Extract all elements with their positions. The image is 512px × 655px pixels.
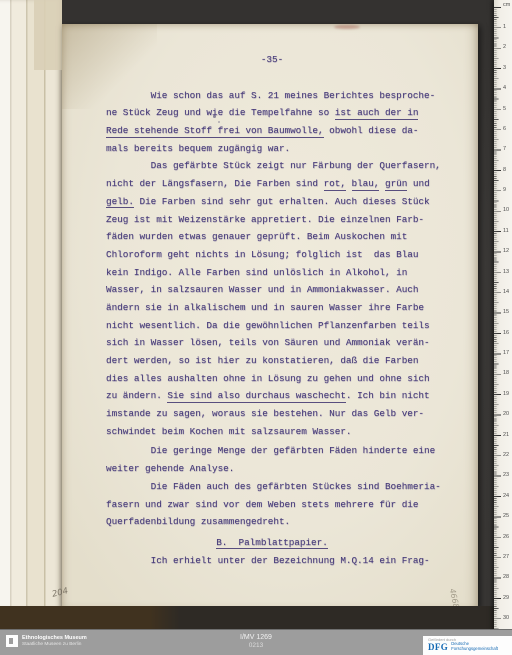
dfg-name: Deutsche Forschungsgemeinschaft (451, 642, 498, 652)
measurement-ruler: cm12345678910111213141516171819202122232… (494, 0, 512, 632)
dfg-logo: DFG (428, 642, 448, 652)
paper-stain (334, 25, 360, 29)
text-line: ne Stück Zeug und wie die Tempelfahne so… (106, 104, 438, 122)
ruler-label: 9 (503, 187, 506, 193)
text-segment: Wie schon das auf S. 21 meines Berichtes… (106, 90, 435, 101)
museum-title: Ethnologisches Museum (22, 635, 87, 642)
text-segment: . Ich bin nicht (346, 390, 430, 401)
ruler-label: 27 (503, 554, 509, 560)
text-line: Querfadenbildung zusammengedreht. (106, 513, 438, 531)
ruler-label: 3 (503, 65, 506, 71)
text-segment: und (407, 178, 429, 189)
text-line: Die Fäden auch des gefärbten Stückes sin… (106, 478, 438, 496)
scan-number: 0213 (240, 642, 272, 650)
text-segment: Zeug ist mit Weizenstärke appretiert. Di… (106, 214, 424, 225)
text-line: dert werden, so ist hier zu konstatieren… (106, 352, 438, 370)
ruler-label: 14 (503, 289, 509, 295)
underlined-text: ist auch der in (335, 107, 419, 120)
ruler-label: 16 (503, 330, 509, 336)
text-segment: sich in Wasser lösen, teils von Säuren u… (106, 337, 430, 348)
museum-stamp: Ethnologisches Museum Staatliche Museen … (6, 635, 87, 648)
text-segment: kein Indigo. Alle Farben sind unlöslich … (106, 267, 407, 278)
text-line: dies alles aushalten ohne in Lösung zu g… (106, 370, 438, 388)
ruler-label: 4 (503, 85, 506, 91)
document-page: -35- Wie schon das auf S. 21 meines Beri… (62, 24, 478, 608)
ruler-label: 15 (503, 309, 509, 315)
text-segment: fäden wurden etwas genauer geprüft. Beim… (106, 231, 407, 242)
ruler-label: 5 (503, 106, 506, 112)
ruler-label: 25 (503, 513, 509, 519)
paragraph-4: Die Fäden auch des gefärbten Stückes sin… (106, 478, 438, 531)
text-line: Wie schon das auf S. 21 meines Berichtes… (106, 87, 438, 105)
text-line: sich in Wasser lösen, teils von Säuren u… (106, 334, 438, 352)
text-line: B. Palmblattpapier. (106, 534, 438, 552)
text-line: Zeug ist mit Weizenstärke appretiert. Di… (106, 211, 438, 229)
underlined-text: grün (385, 178, 407, 191)
text-segment: Wasser, in salzsauren Wasser und in Ammo… (106, 284, 418, 295)
text-segment: mals bereits bequem zugängig war. (106, 143, 290, 154)
text-segment: Die geringe Menge der gefärbten Fäden hi… (106, 445, 435, 456)
ruler-label: 20 (503, 411, 509, 417)
text-line: Rede stehende Stoff frei von Baumwolle, … (106, 122, 438, 140)
museum-stamp-text: Ethnologisches Museum Staatliche Museen … (22, 635, 87, 648)
text-line: zu ändern. Sie sind also durchaus wasche… (106, 387, 438, 405)
paragraph-2: Das gefärbte Stück zeigt nur Färbung der… (106, 157, 438, 440)
underlined-text: blau, (352, 178, 380, 191)
dfg-name-line2: Forschungsgemeinschaft (451, 646, 498, 651)
text-line: fäden wurden etwas genauer geprüft. Beim… (106, 228, 438, 246)
underlying-page-corner (34, 0, 62, 70)
text-line: nicht wesentlich. Da die gewöhnlichen Pf… (106, 317, 438, 335)
text-line: schwindet beim Kochen mit salzsaurem Was… (106, 423, 438, 441)
ruler-label: 12 (503, 248, 509, 254)
ruler-label: 6 (503, 126, 506, 132)
text-segment: Die Fäden auch des gefärbten Stückes sin… (106, 481, 441, 492)
underlined-text: gelb. (106, 196, 134, 209)
text-segment: obwohl diese da- (324, 125, 419, 136)
text-segment: nicht der Längsfasern, Die Farben sind (106, 178, 324, 189)
text-line: Ich erhielt unter der Bezeichnung M.Q.14… (106, 552, 438, 570)
ruler-label: 17 (503, 350, 509, 356)
ruler-label: 8 (503, 167, 506, 173)
text-line: ändern sie in alkalischem und in sauren … (106, 299, 438, 317)
text-segment: Das gefärbte Stück zeigt nur Färbung der… (106, 160, 441, 171)
text-line: -35- (106, 51, 438, 69)
text-segment: ne Stück Zeug und wie die Tempelfahne so (106, 107, 335, 118)
ruler-label: 29 (503, 595, 509, 601)
text-line: mals bereits bequem zugängig war. (106, 140, 438, 158)
underlined-text: rot, (324, 178, 346, 191)
text-segment: -35- (261, 54, 283, 65)
scan-background: -35- Wie schon das auf S. 21 meines Beri… (0, 0, 512, 655)
ruler-label: 2 (503, 44, 506, 50)
text-segment: schwindet beim Kochen mit salzsaurem Was… (106, 426, 351, 437)
text-segment (346, 178, 352, 189)
underlined-text: Rede stehende Stoff frei von Baumwolle, (106, 125, 324, 138)
text-segment: ändern sie in alkalischem und in sauren … (106, 302, 424, 313)
scan-footer-bar: Ethnologisches Museum Staatliche Museen … (0, 629, 512, 655)
text-segment: weiter gehende Analyse. (106, 463, 234, 474)
text-segment: fasern und zwar sind vor dem Weben stets… (106, 499, 418, 510)
book-page-edges (0, 0, 62, 608)
ruler-label: 7 (503, 146, 506, 152)
text-segment: Querfadenbildung zusammengedreht. (106, 516, 290, 527)
text-line: Chloroform geht nichts in Lösung; folgli… (106, 246, 438, 264)
ruler-ticks (494, 0, 502, 632)
text-segment: Chloroform geht nichts in Lösung; folgli… (106, 249, 418, 260)
ruler-label: 30 (503, 615, 509, 621)
ruler-label: 24 (503, 493, 509, 499)
text-segment: dert werden, so ist hier zu konstatieren… (106, 355, 418, 366)
ink-blot (218, 121, 220, 123)
text-segment: dies alles aushalten ohne in Lösung zu g… (106, 373, 430, 384)
paragraph-5: Ich erhielt unter der Bezeichnung M.Q.14… (106, 552, 438, 570)
shelfmark-id: I/MV 1269 (240, 633, 272, 642)
ruler-label: 22 (503, 452, 509, 458)
text-segment: imstande zu sagen, woraus sie bestehen. … (106, 408, 424, 419)
ruler-label: 28 (503, 574, 509, 580)
ruler-label: cm (503, 2, 510, 8)
underlined-text: Sie sind also durchaus waschecht (167, 390, 346, 403)
shelfmark-block: I/MV 1269 0213 (240, 633, 272, 650)
text-segment: nicht wesentlich. Da die gewöhnlichen Pf… (106, 320, 430, 331)
dfg-logo-row: DFG Deutsche Forschungsgemeinschaft (428, 642, 512, 652)
text-line: fasern und zwar sind vor dem Weben stets… (106, 496, 438, 514)
ruler-label: 19 (503, 391, 509, 397)
ruler-label: 10 (503, 207, 509, 213)
ink-blot (213, 115, 216, 118)
museum-logo-icon (6, 635, 18, 647)
ruler-label: 1 (503, 24, 506, 30)
text-line: imstande zu sagen, woraus sie bestehen. … (106, 405, 438, 423)
text-line: Wasser, in salzsauren Wasser und in Ammo… (106, 281, 438, 299)
text-line: nicht der Längsfasern, Die Farben sind r… (106, 175, 438, 193)
paragraph-1: Wie schon das auf S. 21 meines Berichtes… (106, 87, 438, 158)
section-heading: B. Palmblattpapier. (106, 534, 438, 552)
text-line: gelb. Die Farben sind sehr gut erhalten.… (106, 193, 438, 211)
ruler-label: 18 (503, 370, 509, 376)
text-segment: Ich erhielt unter der Bezeichnung M.Q.14… (106, 555, 430, 566)
typewritten-text: -35- Wie schon das auf S. 21 meines Beri… (106, 51, 438, 569)
museum-subtitle: Staatliche Museen zu Berlin (22, 642, 87, 648)
text-line: Das gefärbte Stück zeigt nur Färbung der… (106, 157, 438, 175)
page-number: -35- (106, 51, 438, 69)
paragraph-3: Die geringe Menge der gefärbten Fäden hi… (106, 442, 438, 477)
ruler-label: 23 (503, 472, 509, 478)
ruler-label: 11 (503, 228, 509, 234)
text-line: Die geringe Menge der gefärbten Fäden hi… (106, 442, 438, 460)
text-line: weiter gehende Analyse. (106, 460, 438, 478)
text-segment: zu ändern. (106, 390, 167, 401)
ruler-label: 21 (503, 432, 509, 438)
text-segment: Die Farben sind sehr gut erhalten. Auch … (134, 196, 430, 207)
ruler-label: 26 (503, 534, 509, 540)
text-line: kein Indigo. Alle Farben sind unlöslich … (106, 264, 438, 282)
underlined-text: B. Palmblattpapier. (216, 537, 328, 550)
dfg-credit: Gefördert durch DFG Deutsche Forschungsg… (423, 636, 512, 655)
ruler-label: 13 (503, 269, 509, 275)
